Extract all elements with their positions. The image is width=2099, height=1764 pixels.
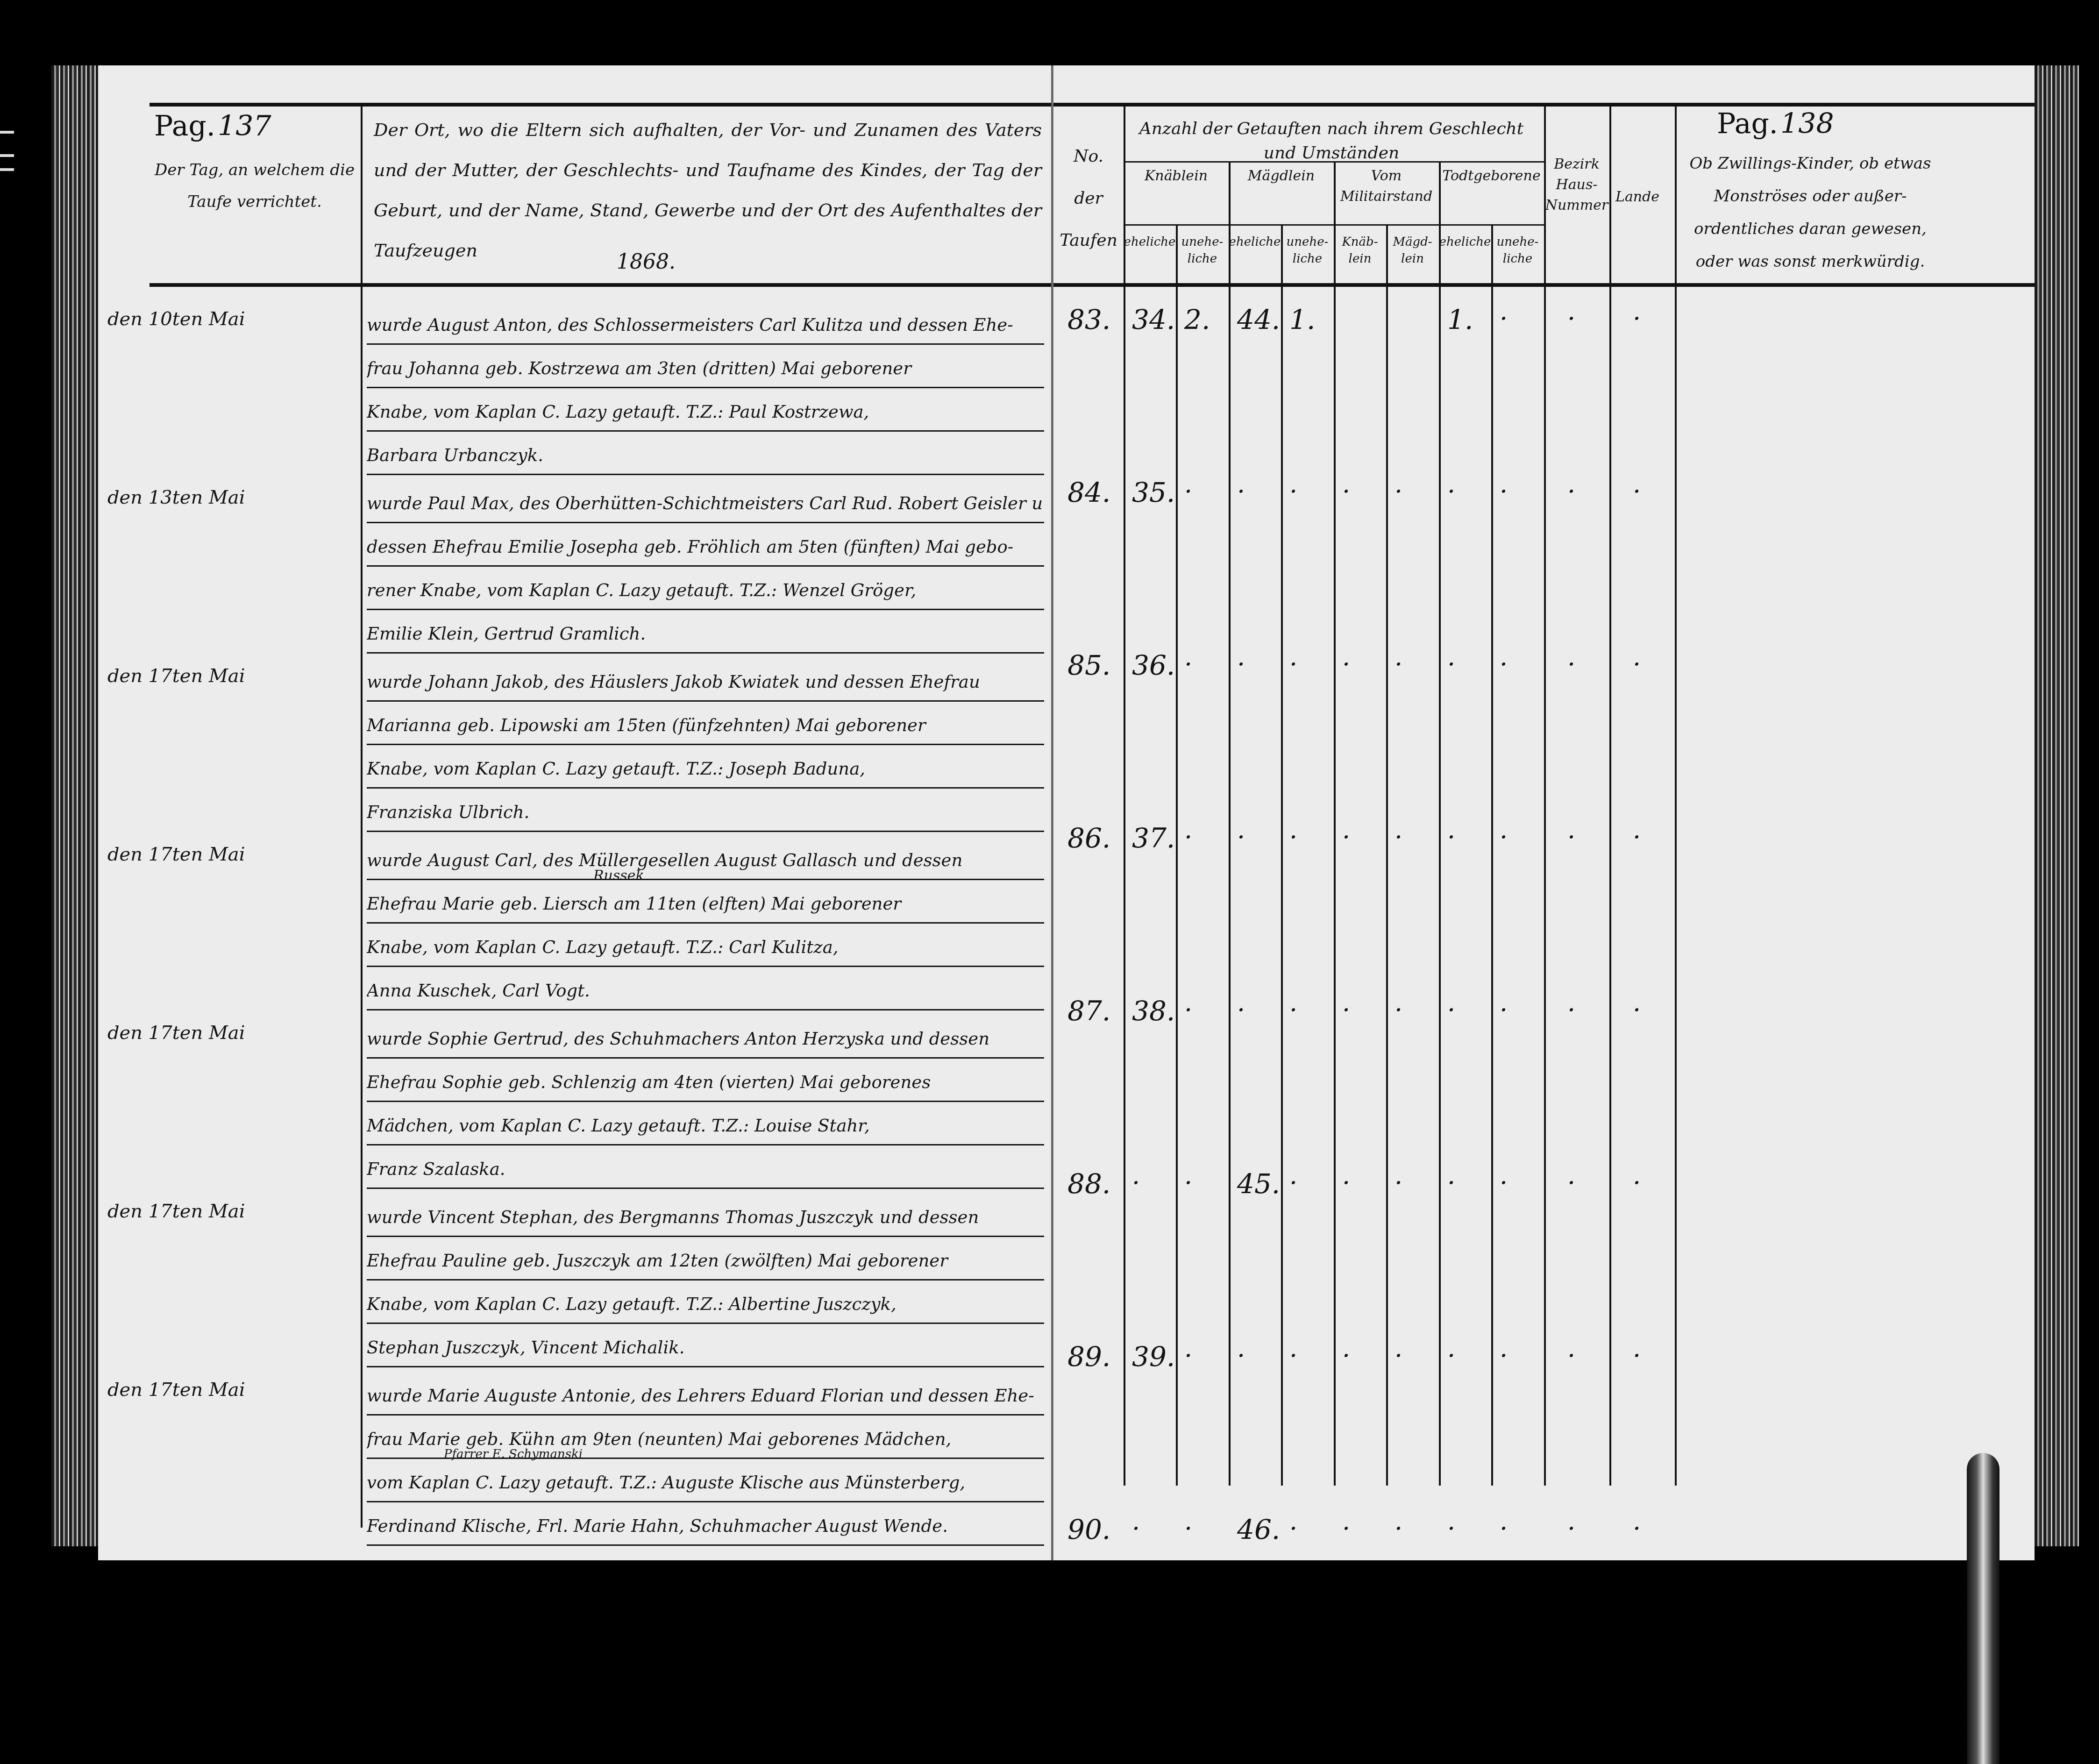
count-value: 46. [1237,1514,1280,1545]
empty-mark: · [1184,477,1192,506]
left-page-edges [51,65,98,1546]
column-rule [1439,161,1441,1486]
empty-mark: · [1447,649,1455,679]
empty-mark: · [1447,822,1455,852]
empty-mark: · [1500,477,1508,506]
baptism-number: 86. [1067,822,1110,854]
empty-mark: · [1447,1341,1455,1370]
baptism-number: 84. [1067,477,1110,508]
empty-mark: · [1237,477,1245,506]
column-rule [1491,224,1493,1486]
empty-mark: · [1289,1341,1297,1370]
empty-mark: · [1342,822,1350,852]
entry-text-line: Knabe, vom Kaplan C. Lazy getauft. T.Z.:… [367,395,1044,432]
empty-mark: · [1237,649,1245,679]
empty-mark: · [1567,995,1575,1024]
baptism-number: 90. [1067,1514,1110,1545]
empty-mark: · [1342,649,1350,679]
empty-mark: · [1289,477,1297,506]
archive-tab-marker [0,131,19,192]
empty-mark: · [1395,1341,1402,1370]
entry-text-line: wurde Johann Jakob, des Häuslers Jakob K… [367,665,1044,702]
entry-correction: Russek [593,868,644,884]
empty-mark: · [1395,1168,1402,1197]
count-value: 1. [1289,304,1315,335]
empty-mark: · [1567,1168,1575,1197]
entry-text-line: Barbara Urbanczyk. [367,439,1044,475]
subcolumn-header: Mägd-lein [1386,234,1439,267]
count-value: 44. [1237,304,1280,335]
column-divider [361,103,363,1528]
register-year: 1868. [617,250,676,274]
right-page-edges [2035,65,2079,1546]
empty-mark: · [1289,822,1297,852]
count-value: 1. [1447,304,1473,335]
entry-text-line: Ehefrau Pauline geb. Juszczyk am 12ten (… [367,1244,1044,1280]
empty-mark: · [1447,1514,1455,1543]
entry-text-line: wurde Marie Auguste Antonie, des Lehrers… [367,1379,1044,1415]
column-rule [1609,103,1611,1486]
page-label: Pag. [154,110,215,142]
entry-interlinear-note: Pfarrer E. Schymanski [444,1447,583,1461]
empty-mark: · [1237,995,1245,1024]
entry-text-line: Knabe, vom Kaplan C. Lazy getauft. T.Z.:… [367,931,1044,967]
empty-mark: · [1395,477,1402,506]
empty-mark: · [1395,995,1402,1024]
date-column-header: Der Tag, an welchem die Taufe verrichtet… [154,154,355,218]
empty-mark: · [1289,649,1297,679]
column-rule [1176,224,1178,1486]
entry-text-line: Stephan Juszczyk, Vincent Michalik. [367,1331,1044,1367]
empty-mark: · [1500,304,1508,333]
entry-text-line: dessen Ehefrau Emilie Josepha geb. Fröhl… [367,530,1044,567]
baptism-number: 88. [1067,1168,1110,1200]
empty-mark: · [1633,1341,1641,1370]
empty-mark: · [1633,304,1641,333]
entry-date: den 17ten Mai [107,1022,360,1044]
empty-mark: · [1132,1514,1140,1543]
empty-mark: · [1237,1341,1245,1370]
entry-date: den 17ten Mai [107,1201,360,1222]
subcolumn-header: unehe-liche [1281,234,1334,267]
binding-strap [1967,1453,1999,1764]
empty-mark: · [1289,995,1297,1024]
empty-mark: · [1289,1168,1297,1197]
empty-mark: · [1184,995,1192,1024]
entry-text-line: wurde Paul Max, des Oberhütten-Schichtme… [367,487,1044,523]
empty-mark: · [1132,1168,1140,1197]
entry-text-line: Ferdinand Klische, Frl. Marie Hahn, Schu… [367,1509,1044,1546]
empty-mark: · [1447,1168,1455,1197]
header-top-rule [149,103,1051,107]
empty-mark: · [1184,822,1192,852]
empty-mark: · [1500,1168,1508,1197]
column-rule [1281,224,1283,1486]
entry-text-line: Knabe, vom Kaplan C. Lazy getauft. T.Z.:… [367,1287,1044,1324]
empty-mark: · [1184,1514,1192,1543]
page-number-right: Pag. 138 [1717,107,1834,140]
empty-mark: · [1500,1514,1508,1543]
entry-date: den 17ten Mai [107,1379,360,1401]
empty-mark: · [1237,822,1245,852]
count-value: 45. [1237,1168,1280,1200]
baptism-number: 83. [1067,304,1110,335]
page-number-left: Pag. 137 [154,110,271,142]
entry-text-line: wurde August Carl, des Müllergesellen Au… [367,844,1044,880]
subgroup-header: Mägdlein [1229,166,1334,186]
entry-text-line: frau Johanna geb. Kostrzewa am 3ten (dri… [367,352,1044,388]
count-value: 2. [1184,304,1210,335]
entry-date: den 17ten Mai [107,665,360,687]
count-value: 39. [1132,1341,1175,1373]
empty-mark: · [1342,1514,1350,1543]
district-column-header: Bezirk Haus-Nummer [1544,154,1609,216]
entry-text-line: Anna Kuschek, Carl Vogt. [367,974,1044,1010]
empty-mark: · [1184,1168,1192,1197]
empty-mark: · [1633,649,1641,679]
subcolumn-header: unehe-liche [1491,234,1544,267]
count-value: 34. [1132,304,1175,335]
count-value: 36. [1132,649,1175,681]
empty-mark: · [1395,822,1402,852]
empty-mark: · [1289,1514,1297,1543]
entry-date: den 17ten Mai [107,844,360,865]
remarks-column-header: Ob Zwillings-Kinder, ob etwas Monströses… [1679,147,1941,278]
right-page: No. der Taufen Anzahl der Getauften nach… [1053,65,2035,1560]
subcolumn-header: Knäb-lein [1334,234,1386,267]
page-number-value: 138 [1780,107,1834,140]
left-page: Pag. 137 Der Tag, an welchem die Taufe v… [98,65,1054,1560]
entry-date: den 10ten Mai [107,308,360,330]
subcolumn-header: unehe-liche [1176,234,1229,267]
entry-text-line: Marianna geb. Lipowski am 15ten (fünfzeh… [367,709,1044,745]
column-rule [1124,103,1125,1486]
subcolumn-header: eheliche [1439,234,1491,250]
empty-mark: · [1567,649,1575,679]
counts-group-header: Anzahl der Getauften nach ihrem Geschlec… [1133,117,1530,165]
count-value: 35. [1132,477,1175,508]
column-rule [1675,103,1677,1486]
entry-text-line: Mädchen, vom Kaplan C. Lazy getauft. T.Z… [367,1109,1044,1145]
main-column-header: Der Ort, wo die Eltern sich aufhalten, d… [374,110,1042,270]
empty-mark: · [1500,1341,1508,1370]
entry-text-line: wurde August Anton, des Schlossermeister… [367,308,1044,345]
empty-mark: · [1567,304,1575,333]
column-rule [1544,103,1546,1486]
empty-mark: · [1342,1341,1350,1370]
baptism-number: 85. [1067,649,1110,681]
column-rule [1229,161,1231,1486]
empty-mark: · [1184,1341,1192,1370]
empty-mark: · [1633,477,1641,506]
empty-mark: · [1395,649,1402,679]
entry-text-line: Emilie Klein, Gertrud Gramlich. [367,617,1044,654]
subgroup-header: Vom Militairstand [1334,166,1439,207]
entry-text-line: Franziska Ulbrich. [367,796,1044,832]
column-rule [1334,161,1336,1486]
subcolumn-header: eheliche [1124,234,1176,250]
empty-mark: · [1633,822,1641,852]
page-number-value: 137 [218,110,271,142]
entry-text-line: rener Knabe, vom Kaplan C. Lazy getauft.… [367,574,1044,610]
no-column-header: No. der Taufen [1058,135,1119,262]
page-label: Pag. [1717,107,1778,140]
empty-mark: · [1447,477,1455,506]
empty-mark: · [1500,822,1508,852]
empty-mark: · [1500,649,1508,679]
empty-mark: · [1567,822,1575,852]
empty-mark: · [1342,995,1350,1024]
column-rule [1386,224,1388,1486]
entry-text-line: vom Kaplan C. Lazy getauft. T.Z.: August… [367,1466,1044,1502]
empty-mark: · [1633,1168,1641,1197]
subgroup-header: Knäblein [1124,166,1229,186]
empty-mark: · [1567,1341,1575,1370]
empty-mark: · [1184,649,1192,679]
empty-mark: · [1567,477,1575,506]
entry-text-line: Ehefrau Marie geb. Liersch am 11ten (elf… [367,887,1044,924]
baptism-number: 87. [1067,995,1110,1027]
subcolumn-header: eheliche [1229,234,1281,250]
baptism-number: 89. [1067,1341,1110,1373]
count-value: 38. [1132,995,1175,1027]
empty-mark: · [1342,1168,1350,1197]
empty-mark: · [1447,995,1455,1024]
empty-mark: · [1567,1514,1575,1543]
empty-mark: · [1633,995,1641,1024]
entry-text-line: wurde Vincent Stephan, des Bergmanns Tho… [367,1201,1044,1237]
subgroup-header: Todtgeborene [1439,166,1544,186]
country-column-header: Lande [1609,187,1665,207]
entry-text-line: wurde Sophie Gertrud, des Schuhmachers A… [367,1022,1044,1059]
empty-mark: · [1633,1514,1641,1543]
entry-date: den 13ten Mai [107,487,360,508]
empty-mark: · [1395,1514,1402,1543]
count-value: 37. [1132,822,1175,854]
header-bottom-rule [149,283,1051,287]
entry-text-line: Ehefrau Sophie geb. Schlenzig am 4ten (v… [367,1066,1044,1102]
entry-text-line: Franz Szalaska. [367,1152,1044,1189]
empty-mark: · [1342,477,1350,506]
entry-text-line: Knabe, vom Kaplan C. Lazy getauft. T.Z.:… [367,752,1044,789]
empty-mark: · [1500,995,1508,1024]
